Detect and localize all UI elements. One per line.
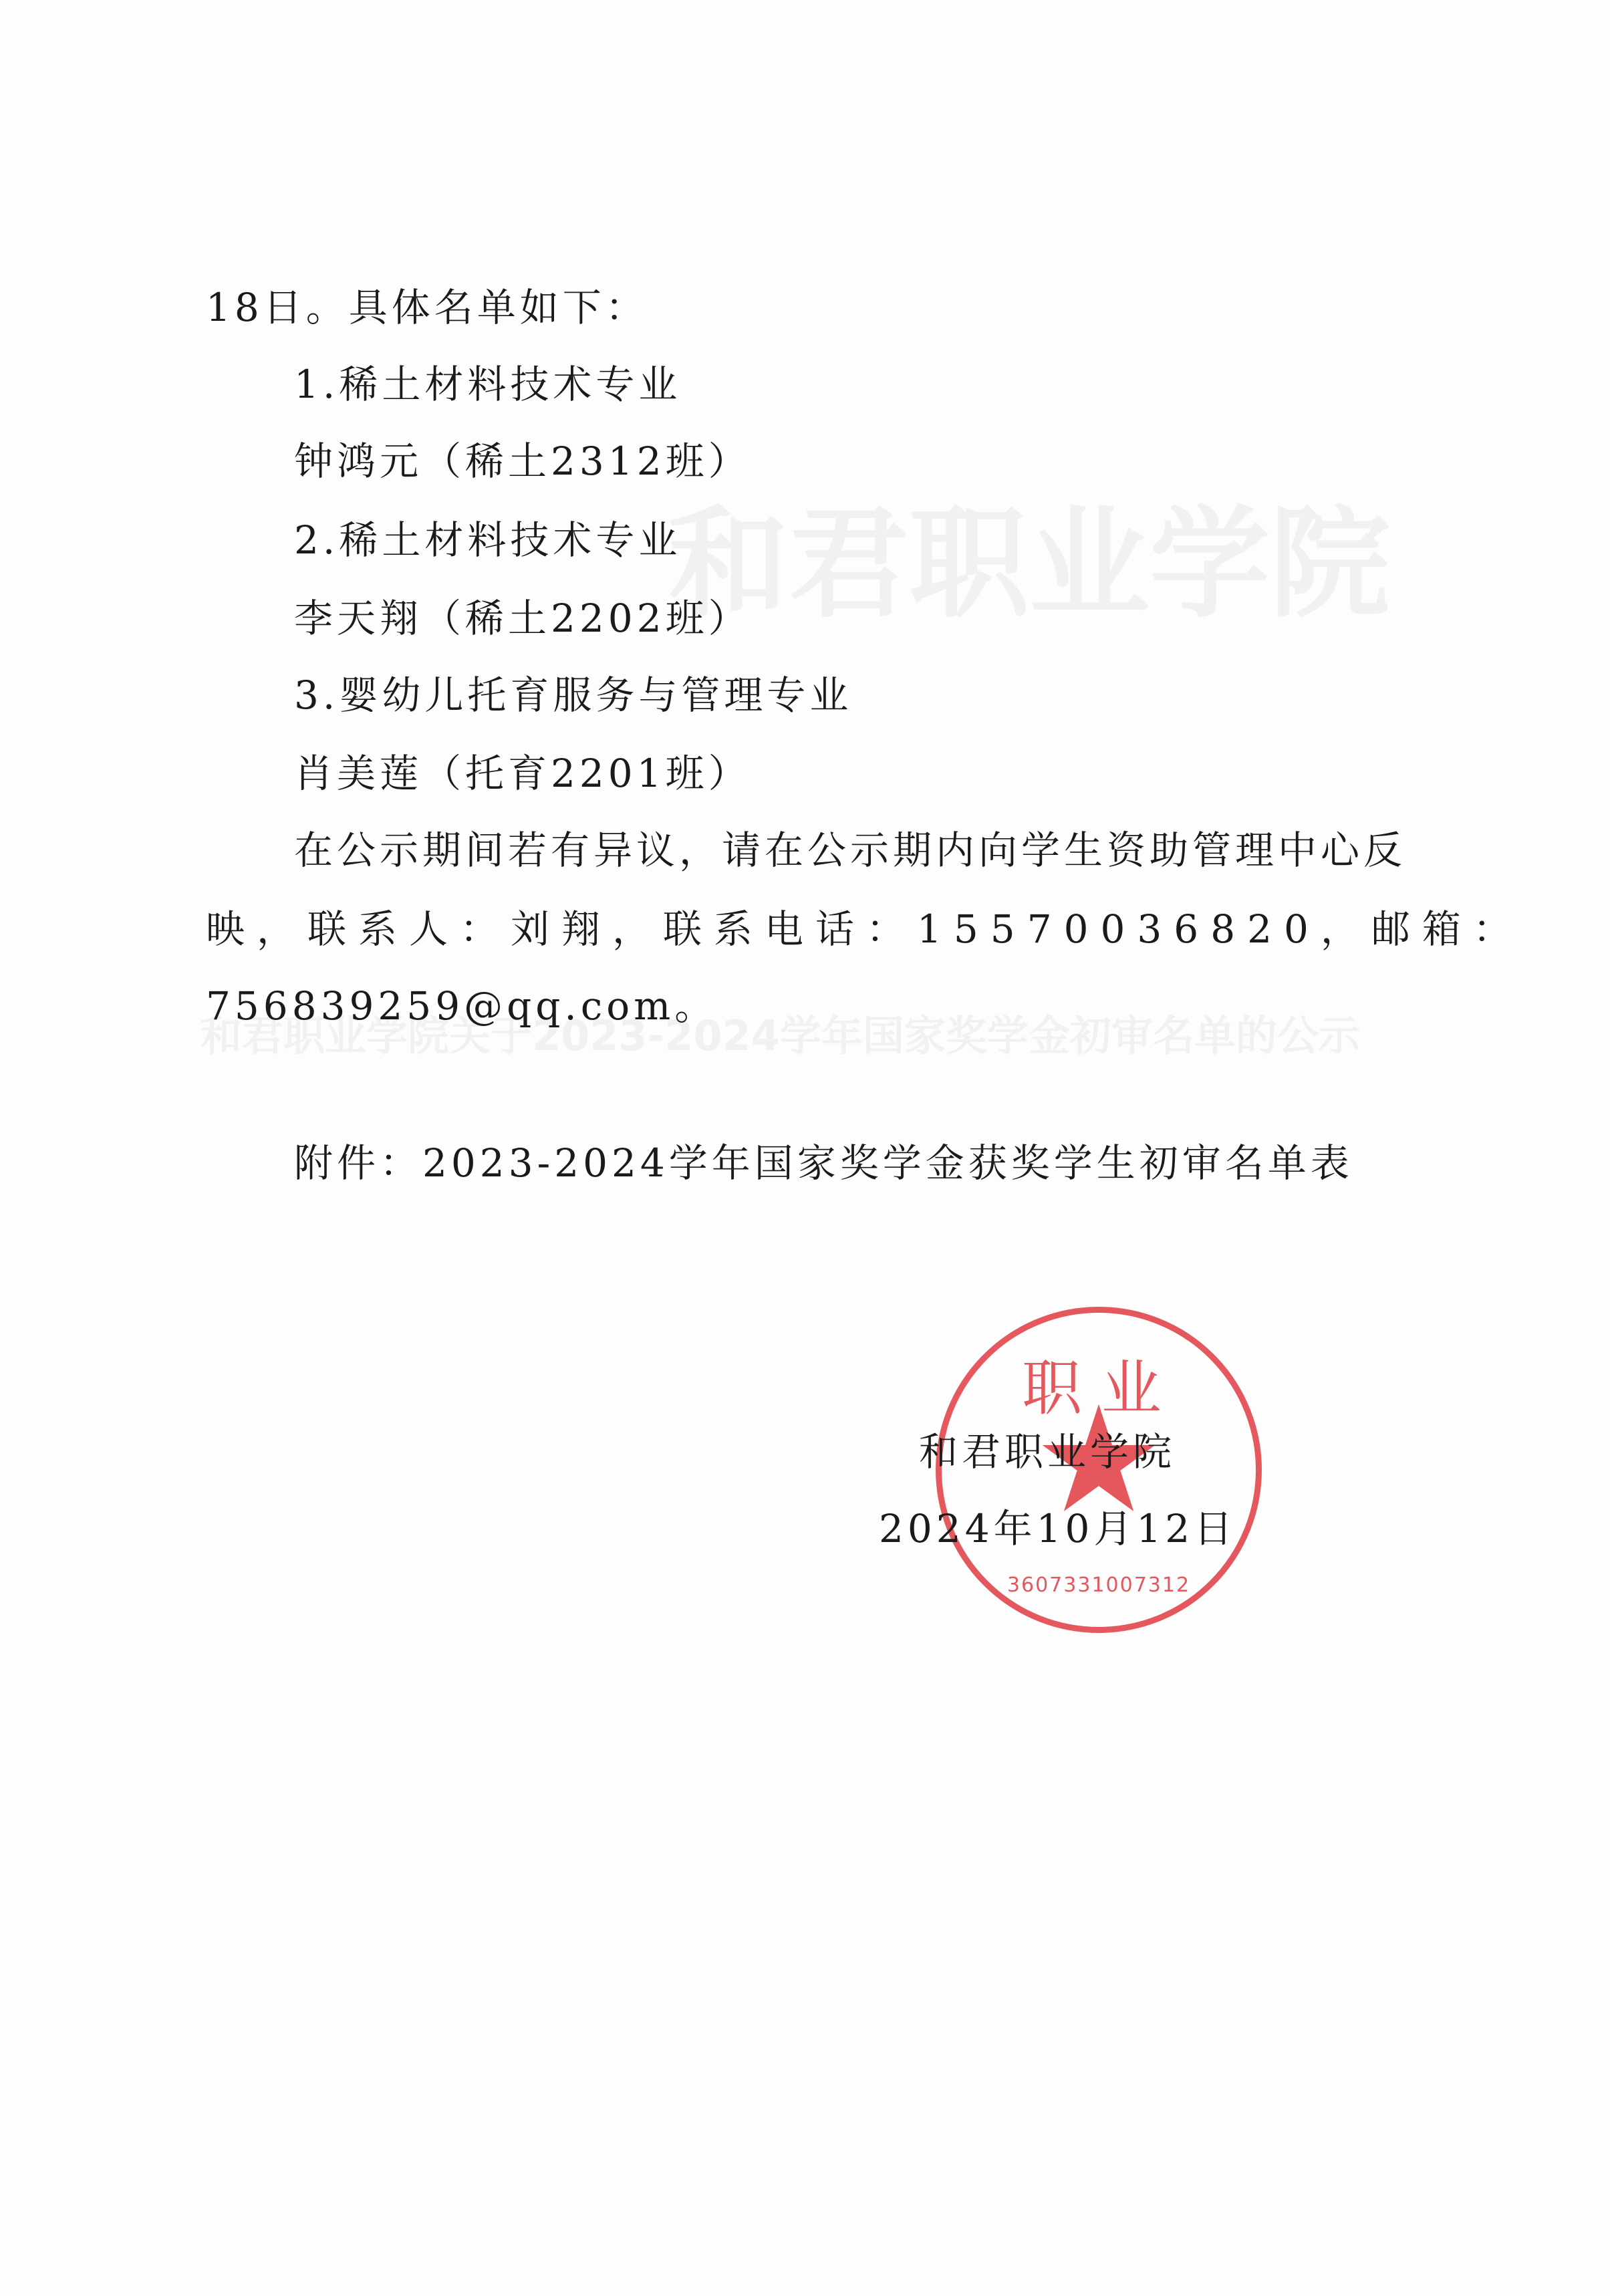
student-name-3: 肖美莲（托育2201班） [294, 750, 751, 797]
attachment-line: 附件：2023-2024学年国家奖学金获奖学生初审名单表 [294, 1140, 1353, 1186]
seal-code: 3607331007312 [942, 1573, 1256, 1597]
student-name-1: 钟鸿元（稀土2312班） [294, 438, 751, 485]
signature-date: 2024年10月12日 [879, 1497, 1236, 1553]
body-line: 18日。具体名单如下： [206, 284, 648, 331]
email-line: 756839259@qq.com。 [206, 983, 717, 1029]
major-item-3: 3.婴幼儿托育服务与管理专业 [294, 672, 852, 719]
bleed-through-banner: 和君职业学院 [668, 468, 1390, 640]
student-name-2: 李天翔（稀土2202班） [294, 595, 751, 642]
objection-paragraph: 在公示期间若有异议，请在公示期内向学生资助管理中心反 [294, 827, 1406, 874]
contact-line: 映，联系人：刘翔，联系电话：15570036820，邮箱： [206, 906, 1524, 952]
major-item-2: 2.稀土材料技术专业 [294, 517, 681, 563]
signature-org: 和君职业学院 [919, 1420, 1176, 1477]
major-item-1: 1.稀土材料技术专业 [294, 361, 681, 408]
